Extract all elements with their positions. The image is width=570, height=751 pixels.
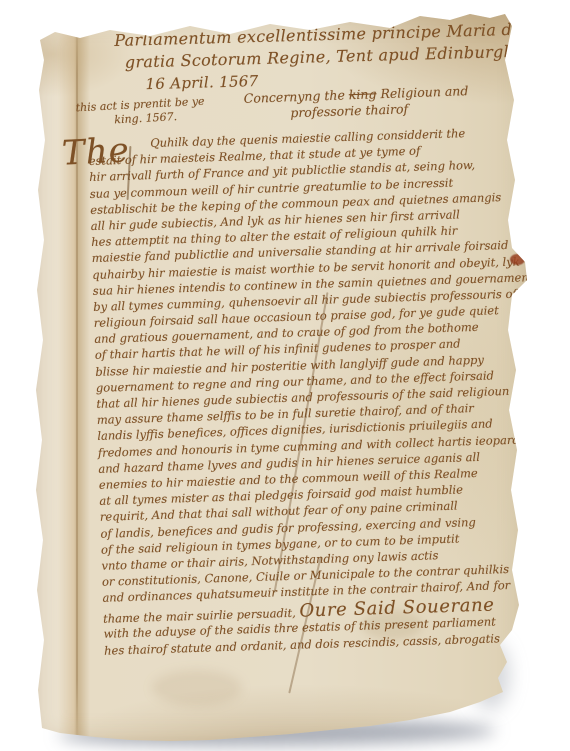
manuscript-page: Parliamentum excellentissime principe Ma… (32, 10, 530, 746)
wax-stain (510, 254, 525, 265)
act-title-post: Religioun and (380, 83, 468, 101)
act-title-struck-word: king (349, 86, 377, 102)
manuscript-photo: Parliamentum excellentissime principe Ma… (0, 0, 570, 751)
margin-note: this act is prentit be ye king. 1567. (75, 95, 205, 130)
body-lines: Quhilk day the quenis maiestie calling c… (88, 124, 551, 607)
body-text: Quhilk day the quenis maiestie calling c… (88, 124, 552, 660)
paper-stain (152, 670, 242, 706)
act-title: Concernyng thekingReligioun and professo… (244, 83, 470, 123)
